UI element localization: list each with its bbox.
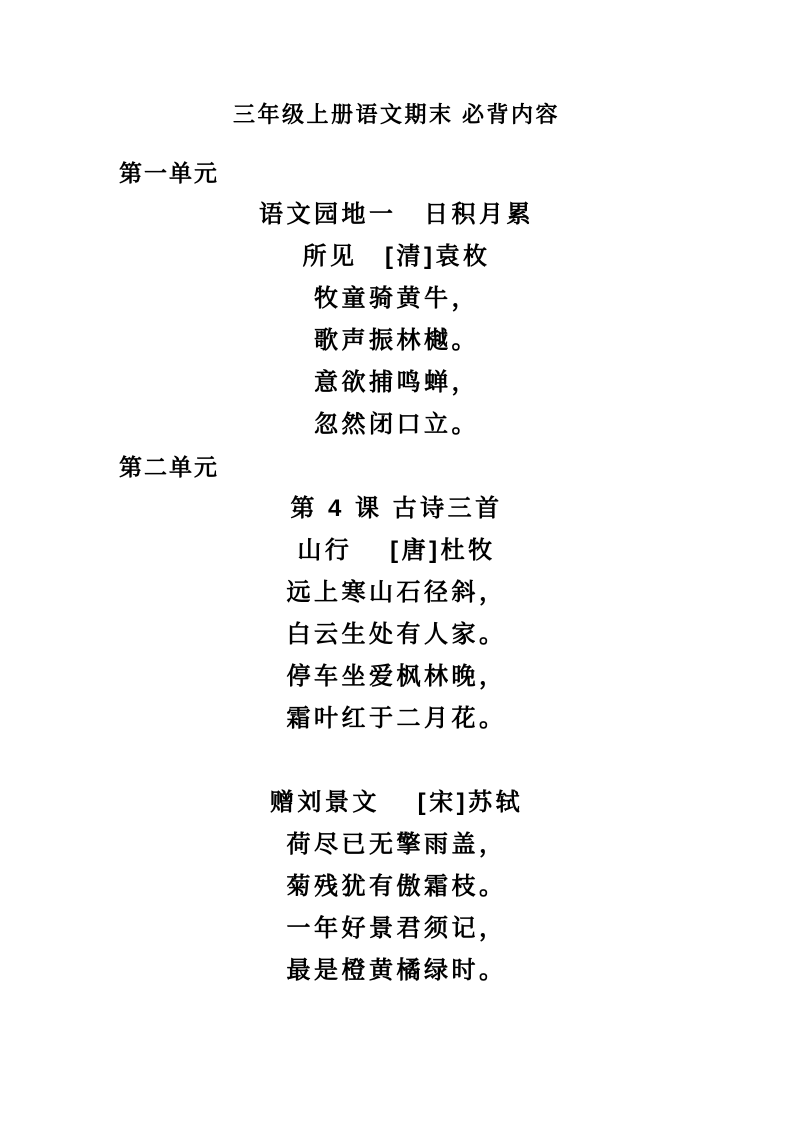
- unit-1-heading: 第一单元: [0, 152, 793, 194]
- poem-suojian-line: 意欲捕鸣蝉，: [0, 362, 793, 404]
- poem-shanxing-title: 山行 [唐]杜牧: [0, 530, 793, 572]
- garden-heading: 语文园地一 日积月累: [0, 194, 793, 236]
- poem-suojian-line: 牧童骑黄牛，: [0, 278, 793, 320]
- poem-zengliujingwen-line: 荷尽已无擎雨盖，: [0, 824, 793, 866]
- document-page: 三年级上册语文期末 必背内容 第一单元 语文园地一 日积月累 所见 [清]袁枚 …: [0, 0, 793, 1122]
- unit-2-heading: 第二单元: [0, 446, 793, 488]
- poem-suojian-line: 歌声振林樾。: [0, 320, 793, 362]
- poem-zengliujingwen-line: 菊残犹有傲霜枝。: [0, 866, 793, 908]
- lesson-4-heading: 第 4 课 古诗三首: [0, 488, 793, 530]
- poem-shanxing-line: 霜叶红于二月花。: [0, 698, 793, 740]
- poem-zengliujingwen-line: 一年好景君须记，: [0, 908, 793, 950]
- page-title: 三年级上册语文期末 必背内容: [0, 94, 793, 136]
- poem-shanxing-line: 停车坐爱枫林晚，: [0, 656, 793, 698]
- poem-shanxing-line: 远上寒山石径斜，: [0, 572, 793, 614]
- blank-line: [0, 740, 793, 782]
- poem-suojian-title: 所见 [清]袁枚: [0, 236, 793, 278]
- poem-suojian-line: 忽然闭口立。: [0, 404, 793, 446]
- poem-shanxing-line: 白云生处有人家。: [0, 614, 793, 656]
- poem-zengliujingwen-line: 最是橙黄橘绿时。: [0, 950, 793, 992]
- poem-zengliujingwen-title: 赠刘景文 [宋]苏轼: [0, 782, 793, 824]
